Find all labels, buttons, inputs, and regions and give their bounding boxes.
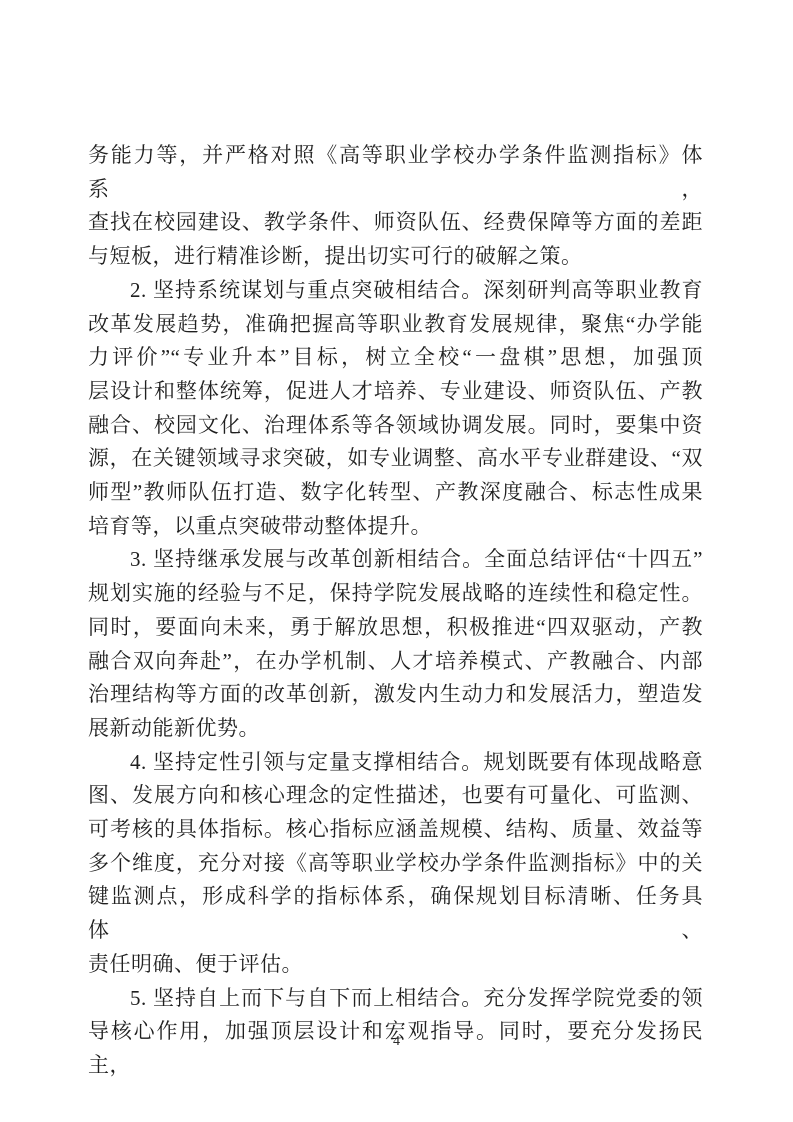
text-line: 融合双向奔赴”，在办学机制、人才培养模式、产教融合、内部 [88, 645, 703, 679]
document-body: 务能力等，并严格对照《高等职业学校办学条件监测指标》体系，查找在校园建设、教学条… [88, 139, 703, 1083]
text-line: 责任明确、便于评估。 [88, 948, 703, 982]
text-line: 展新动能新优势。 [88, 712, 703, 746]
text-line: 师型”教师队伍打造、数字化转型、产教深度融合、标志性成果 [88, 476, 703, 510]
page-number: 4 [0, 1034, 793, 1050]
text-line: 力评价”“专业升本”目标，树立全校“一盘棋”思想，加强顶 [88, 341, 703, 375]
document-page: 务能力等，并严格对照《高等职业学校办学条件监测指标》体系，查找在校园建设、教学条… [0, 0, 793, 1122]
text-line: 同时，要面向未来，勇于解放思想，积极推进“四双驱动，产教 [88, 611, 703, 645]
text-line: 5. 坚持自上而下与自下而上相结合。充分发挥学院党委的领 [88, 982, 703, 1016]
text-line: 融合、校园文化、治理体系等各领域协调发展。同时，要集中资 [88, 409, 703, 443]
text-line: 键监测点，形成科学的指标体系，确保规划目标清晰、任务具体、 [88, 880, 703, 947]
text-line: 层设计和整体统筹，促进人才培养、专业建设、师资队伍、产教 [88, 375, 703, 409]
text-line: 查找在校园建设、教学条件、师资队伍、经费保障等方面的差距 [88, 206, 703, 240]
text-line: 务能力等，并严格对照《高等职业学校办学条件监测指标》体系， [88, 139, 703, 206]
text-line: 源，在关键领域寻求突破，如专业调整、高水平专业群建设、“双 [88, 442, 703, 476]
text-line: 2. 坚持系统谋划与重点突破相结合。深刻研判高等职业教育 [88, 274, 703, 308]
text-line: 规划实施的经验与不足，保持学院发展战略的连续性和稳定性。 [88, 577, 703, 611]
text-line: 培育等，以重点突破带动整体提升。 [88, 510, 703, 544]
text-line: 4. 坚持定性引领与定量支撑相结合。规划既要有体现战略意 [88, 746, 703, 780]
text-line: 与短板，进行精准诊断，提出切实可行的破解之策。 [88, 240, 703, 274]
text-line: 改革发展趋势，准确把握高等职业教育发展规律，聚焦“办学能 [88, 308, 703, 342]
text-line: 3. 坚持继承发展与改革创新相结合。全面总结评估“十四五” [88, 543, 703, 577]
text-line: 多个维度，充分对接《高等职业学校办学条件监测指标》中的关 [88, 847, 703, 881]
text-line: 治理结构等方面的改革创新，激发内生动力和发展活力，塑造发 [88, 678, 703, 712]
text-line: 可考核的具体指标。核心指标应涵盖规模、结构、质量、效益等 [88, 813, 703, 847]
text-line: 图、发展方向和核心理念的定性描述，也要有可量化、可监测、 [88, 779, 703, 813]
